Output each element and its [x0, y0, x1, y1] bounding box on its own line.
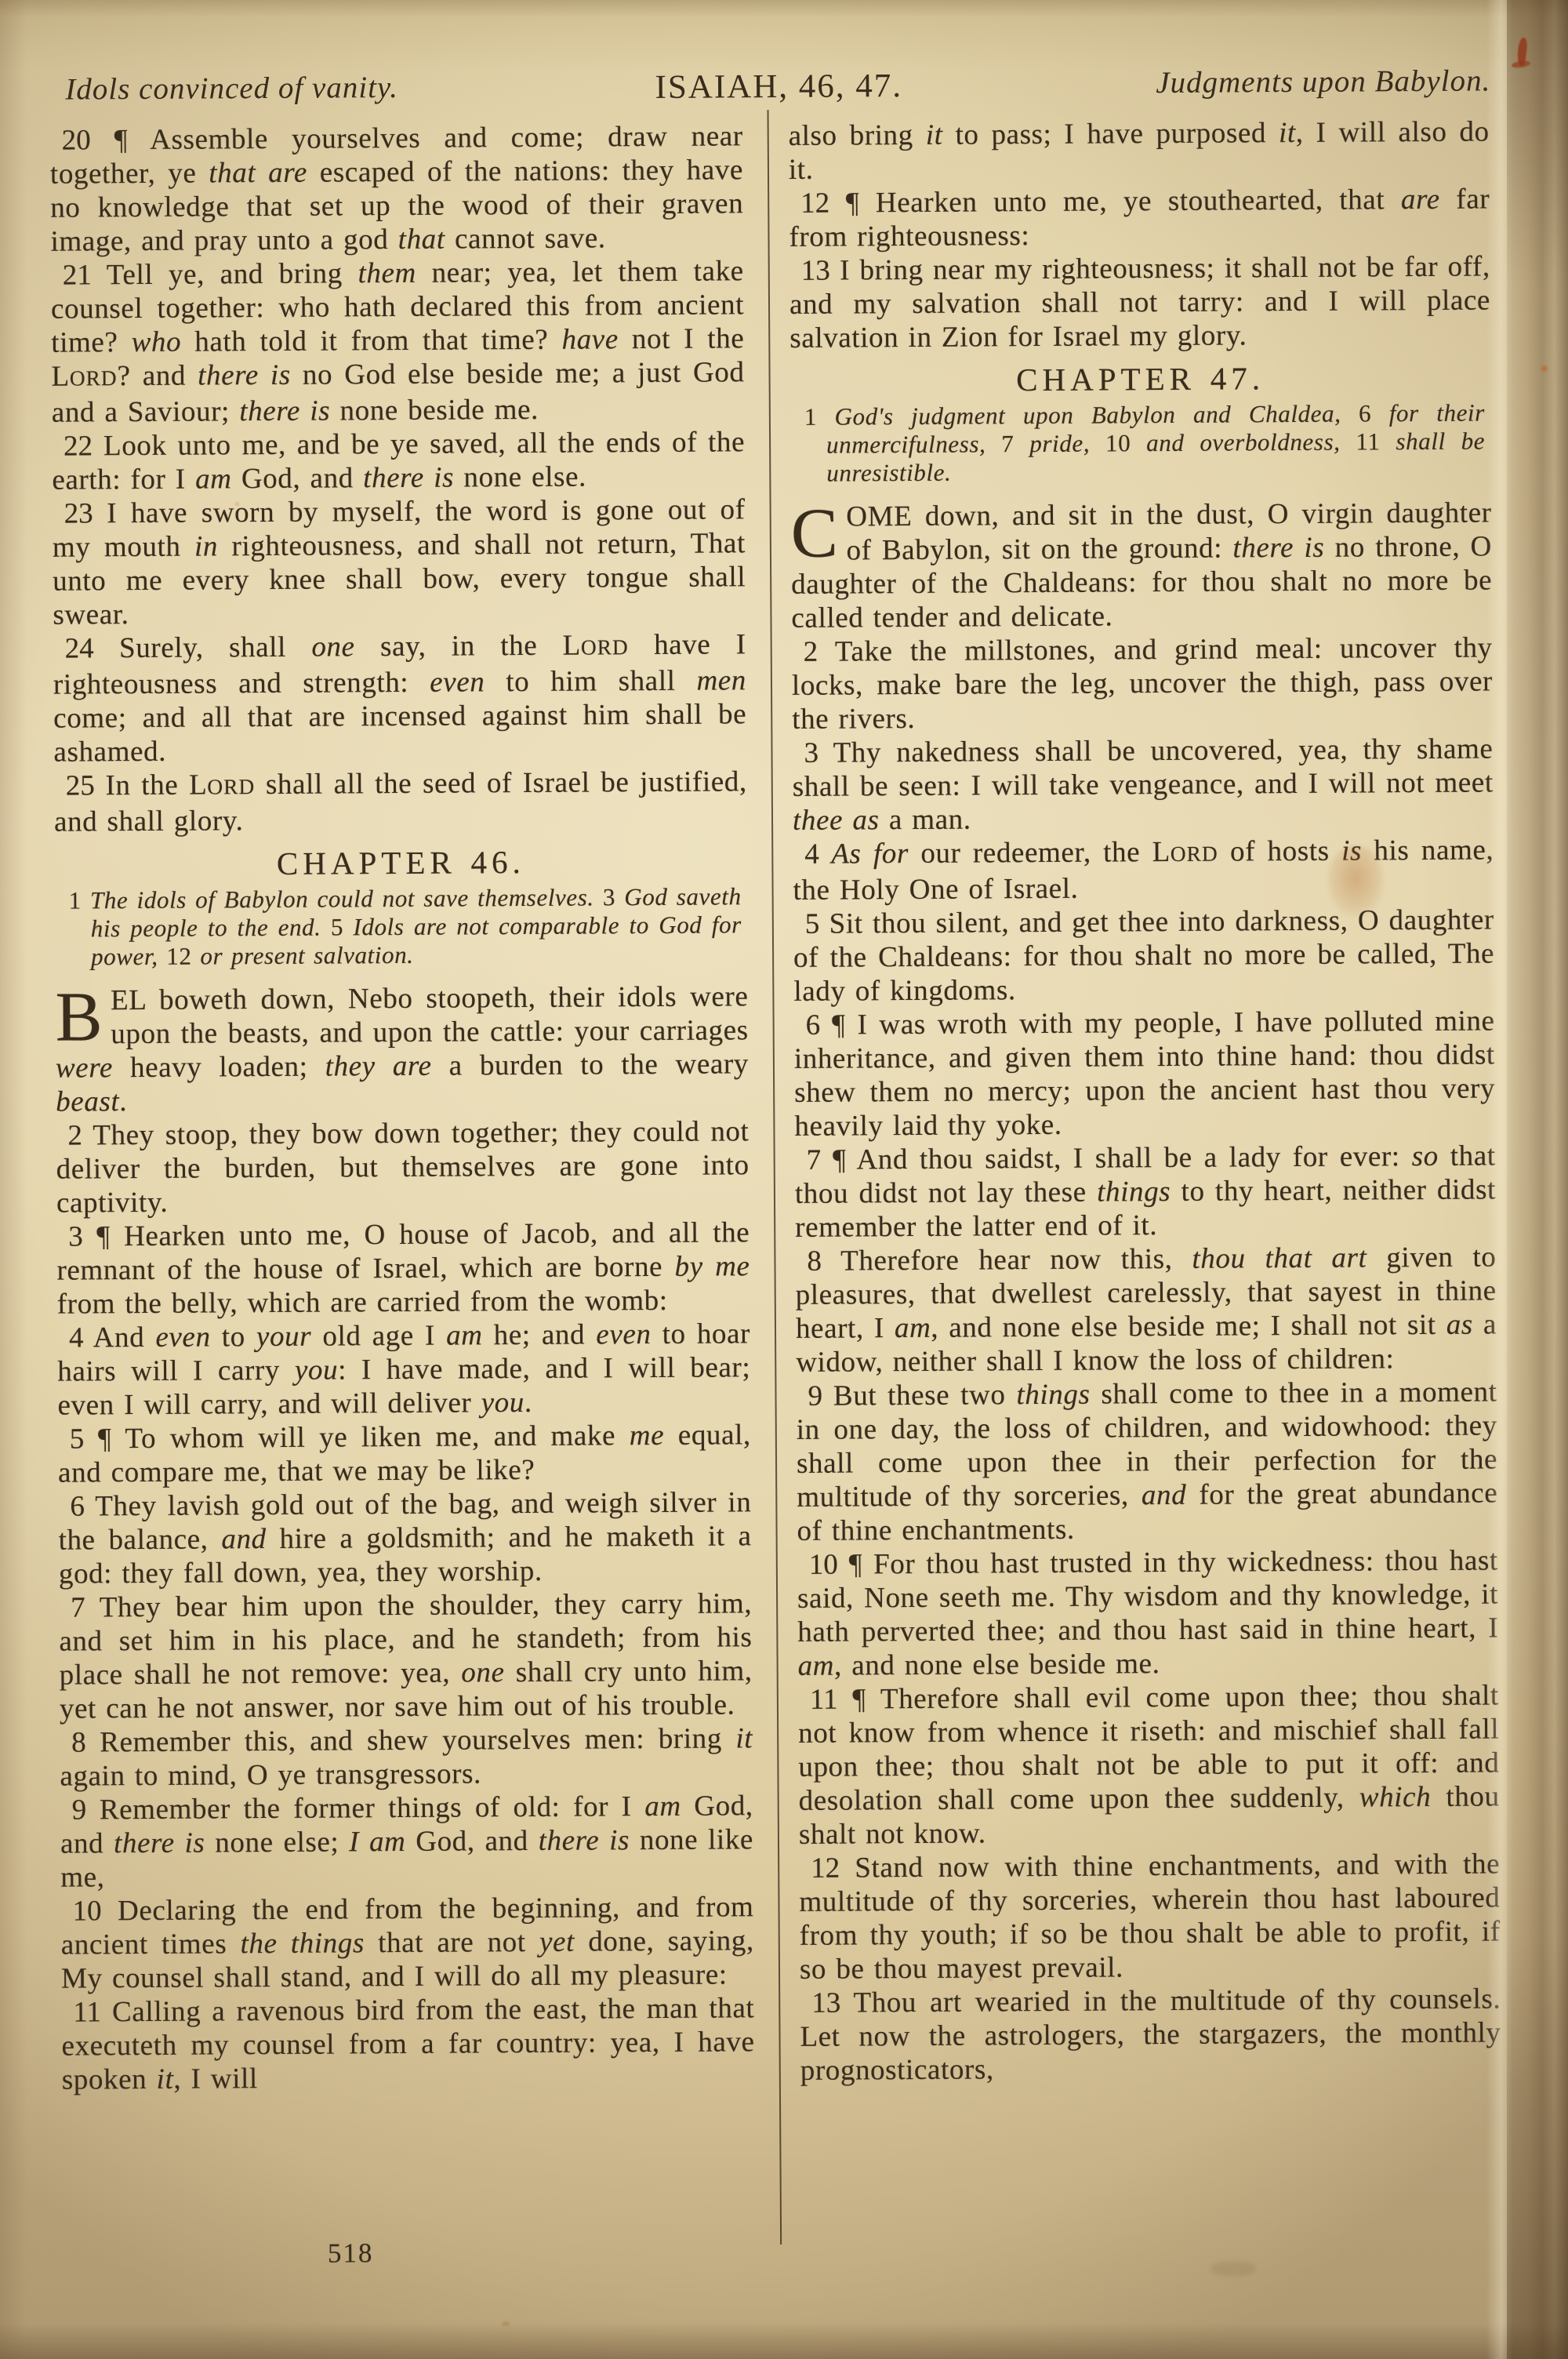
verse-number: 11 [810, 1684, 838, 1716]
verse: 4 And even to your old age I am he; and … [57, 1317, 751, 1422]
small-caps-lord: ORD [1171, 842, 1218, 866]
verse: 21 Tell ye, and bring them near; yea, le… [51, 254, 745, 429]
verse: 2 Take the millstones, and grind meal: u… [792, 631, 1494, 736]
verse-number: 25 [66, 769, 95, 801]
paper-speck [94, 925, 99, 930]
running-head-center: ISAIAH, 46, 47. [614, 67, 943, 110]
verse: 2 They stoop, they bow down together; th… [56, 1114, 750, 1219]
verse: 6 ¶ I was wroth with my people, I have p… [794, 1004, 1496, 1143]
verse-number: 12 [811, 1852, 840, 1885]
verse: 11 Calling a ravenous bird from the east… [61, 1991, 755, 2096]
summary-verse-ref: 1 [69, 886, 82, 914]
verse: 20 ¶ Assemble yourselves and come; draw … [50, 119, 744, 258]
verse: 9 But these two things shall come to the… [796, 1375, 1497, 1547]
verse-number: 4 [69, 1321, 84, 1354]
verse-number: 22 [64, 430, 93, 462]
verse: 12 Stand now with thine enchantments, an… [799, 1847, 1501, 1986]
verse-number: 7 [807, 1144, 822, 1176]
summary-verse-ref: 11 [1356, 427, 1380, 455]
page-number: 518 [299, 2237, 401, 2270]
summary-verse-ref: 7 [1001, 430, 1014, 457]
verse-number: 3 [804, 737, 818, 769]
running-head-right: Judgments upon Babylon. [1076, 63, 1490, 106]
small-caps-lord: ORD [581, 635, 629, 659]
verse: 7 ¶ And thou saidst, I shall be a lady f… [795, 1139, 1497, 1244]
verse-number: 11 [73, 1996, 101, 2028]
chapter-summary: 1 God's judgment upon Babylon and Chalde… [790, 399, 1486, 488]
verse-number: 10 [72, 1895, 101, 1927]
verse: 6 They lavish gold out of the bag, and w… [58, 1485, 752, 1590]
verse-number: 5 [70, 1423, 85, 1455]
verse-number: 6 [806, 1009, 821, 1041]
verse: 13 Thou art wearied in the multitude of … [800, 1982, 1501, 2087]
right-text-column: also bring it to pass; I have purposed i… [789, 114, 1503, 2241]
verse-number: 20 [62, 124, 91, 156]
verse-number: 8 [807, 1245, 822, 1278]
rust-stain [1327, 845, 1385, 918]
verse-number: 7 [71, 1591, 85, 1623]
verse-number: 24 [65, 632, 94, 664]
verse: 5 Sit thou silent, and get thee into dar… [793, 903, 1495, 1008]
paper-speck [988, 1976, 993, 1981]
summary-verse-ref: 10 [1105, 429, 1131, 456]
summary-verse-ref: 1 [804, 403, 817, 431]
verse: BEL boweth down, Nebo stoopeth, their id… [55, 980, 749, 1118]
summary-verse-ref: 12 [166, 943, 191, 970]
ink-bleed-smudge [1211, 2262, 1255, 2276]
verse: COME down, and sit in the dust, O virgin… [791, 496, 1493, 634]
verse-number: 9 [72, 1794, 87, 1826]
summary-verse-ref: 3 [603, 883, 615, 911]
paper-speck [235, 502, 239, 506]
small-caps-lord: ORD [207, 775, 255, 798]
verse: 9 Remember the former things of old: for… [60, 1789, 754, 1894]
verse: 12 ¶ Hearken unto me, ye stouthearted, t… [789, 182, 1490, 253]
verse-number: 13 [801, 255, 830, 287]
verse: 11 ¶ Therefore shall evil come upon thee… [798, 1678, 1500, 1851]
verse: 4 As for our redeemer, the LORD of hosts… [793, 833, 1494, 907]
verse: 13 I bring near my righteousness; it sha… [789, 249, 1491, 354]
verse: 23 I have sworn by myself, the word is g… [53, 493, 746, 631]
column-divider-rule [768, 110, 782, 2245]
verse-number: 9 [808, 1380, 822, 1412]
verse-number: 21 [63, 259, 92, 291]
verse-number: 2 [804, 636, 818, 668]
chapter-summary: 1 The idols of Babylon could not save th… [55, 882, 742, 971]
verse: 3 ¶ Hearken unto me, O house of Jacob, a… [56, 1216, 750, 1321]
verse: 7 They bear him upon the shoulder, they … [59, 1587, 753, 1725]
verse-number: 8 [71, 1726, 86, 1758]
verse-continuation: also bring it to pass; I have purposed i… [789, 114, 1490, 186]
scanned-bible-page: { "colors":{"paper":"#e3d4ab","ink":"#38… [0, 0, 1568, 2359]
drop-cap: C [791, 500, 847, 563]
left-text-column: 20 ¶ Assemble yourselves and come; draw … [50, 119, 757, 2245]
page-sheet: Idols convinced of vanity. ISAIAH, 46, 4… [0, 0, 1568, 2359]
verse-number: 3 [68, 1220, 83, 1252]
verse-number: 13 [811, 1987, 840, 2019]
verse: 25 In the LORD shall all the seed of Isr… [54, 765, 748, 838]
verse-number: 4 [804, 838, 819, 871]
chapter-heading: CHAPTER 47. [789, 360, 1490, 398]
verse: 24 Surely, shall one say, in the LORD ha… [53, 627, 747, 769]
verse-number: 6 [70, 1490, 85, 1522]
chapter-heading: CHAPTER 46. [54, 844, 747, 881]
verse: 10 ¶ For thou hast trusted in thy wicked… [797, 1543, 1499, 1682]
verse-number: 23 [64, 497, 93, 529]
verse-number: 5 [805, 908, 820, 940]
verse-number: 12 [800, 187, 829, 220]
summary-verse-ref: 6 [1359, 399, 1371, 427]
verse: 22 Look unto me, and be ye saved, all th… [52, 425, 746, 496]
running-head-left: Idols convinced of vanity. [65, 70, 398, 113]
paper-speck [502, 2321, 510, 2326]
drop-cap: B [55, 983, 111, 1046]
verse: 8 Remember this, and shew yourselves men… [60, 1721, 753, 1793]
verse: 3 Thy nakedness shall be uncovered, yea,… [792, 732, 1494, 837]
verse: 8 Therefore hear now this, thou that art… [795, 1240, 1497, 1379]
verse: 10 Declaring the end from the beginning,… [60, 1890, 754, 1995]
summary-verse-ref: 5 [331, 913, 343, 940]
small-caps-lord: ORD [70, 366, 118, 390]
verse: 5 ¶ To whom will ye liken me, and make m… [58, 1418, 752, 1489]
paper-speck [1541, 365, 1548, 372]
verse-number: 10 [809, 1549, 838, 1581]
verse-number: 2 [67, 1119, 82, 1151]
